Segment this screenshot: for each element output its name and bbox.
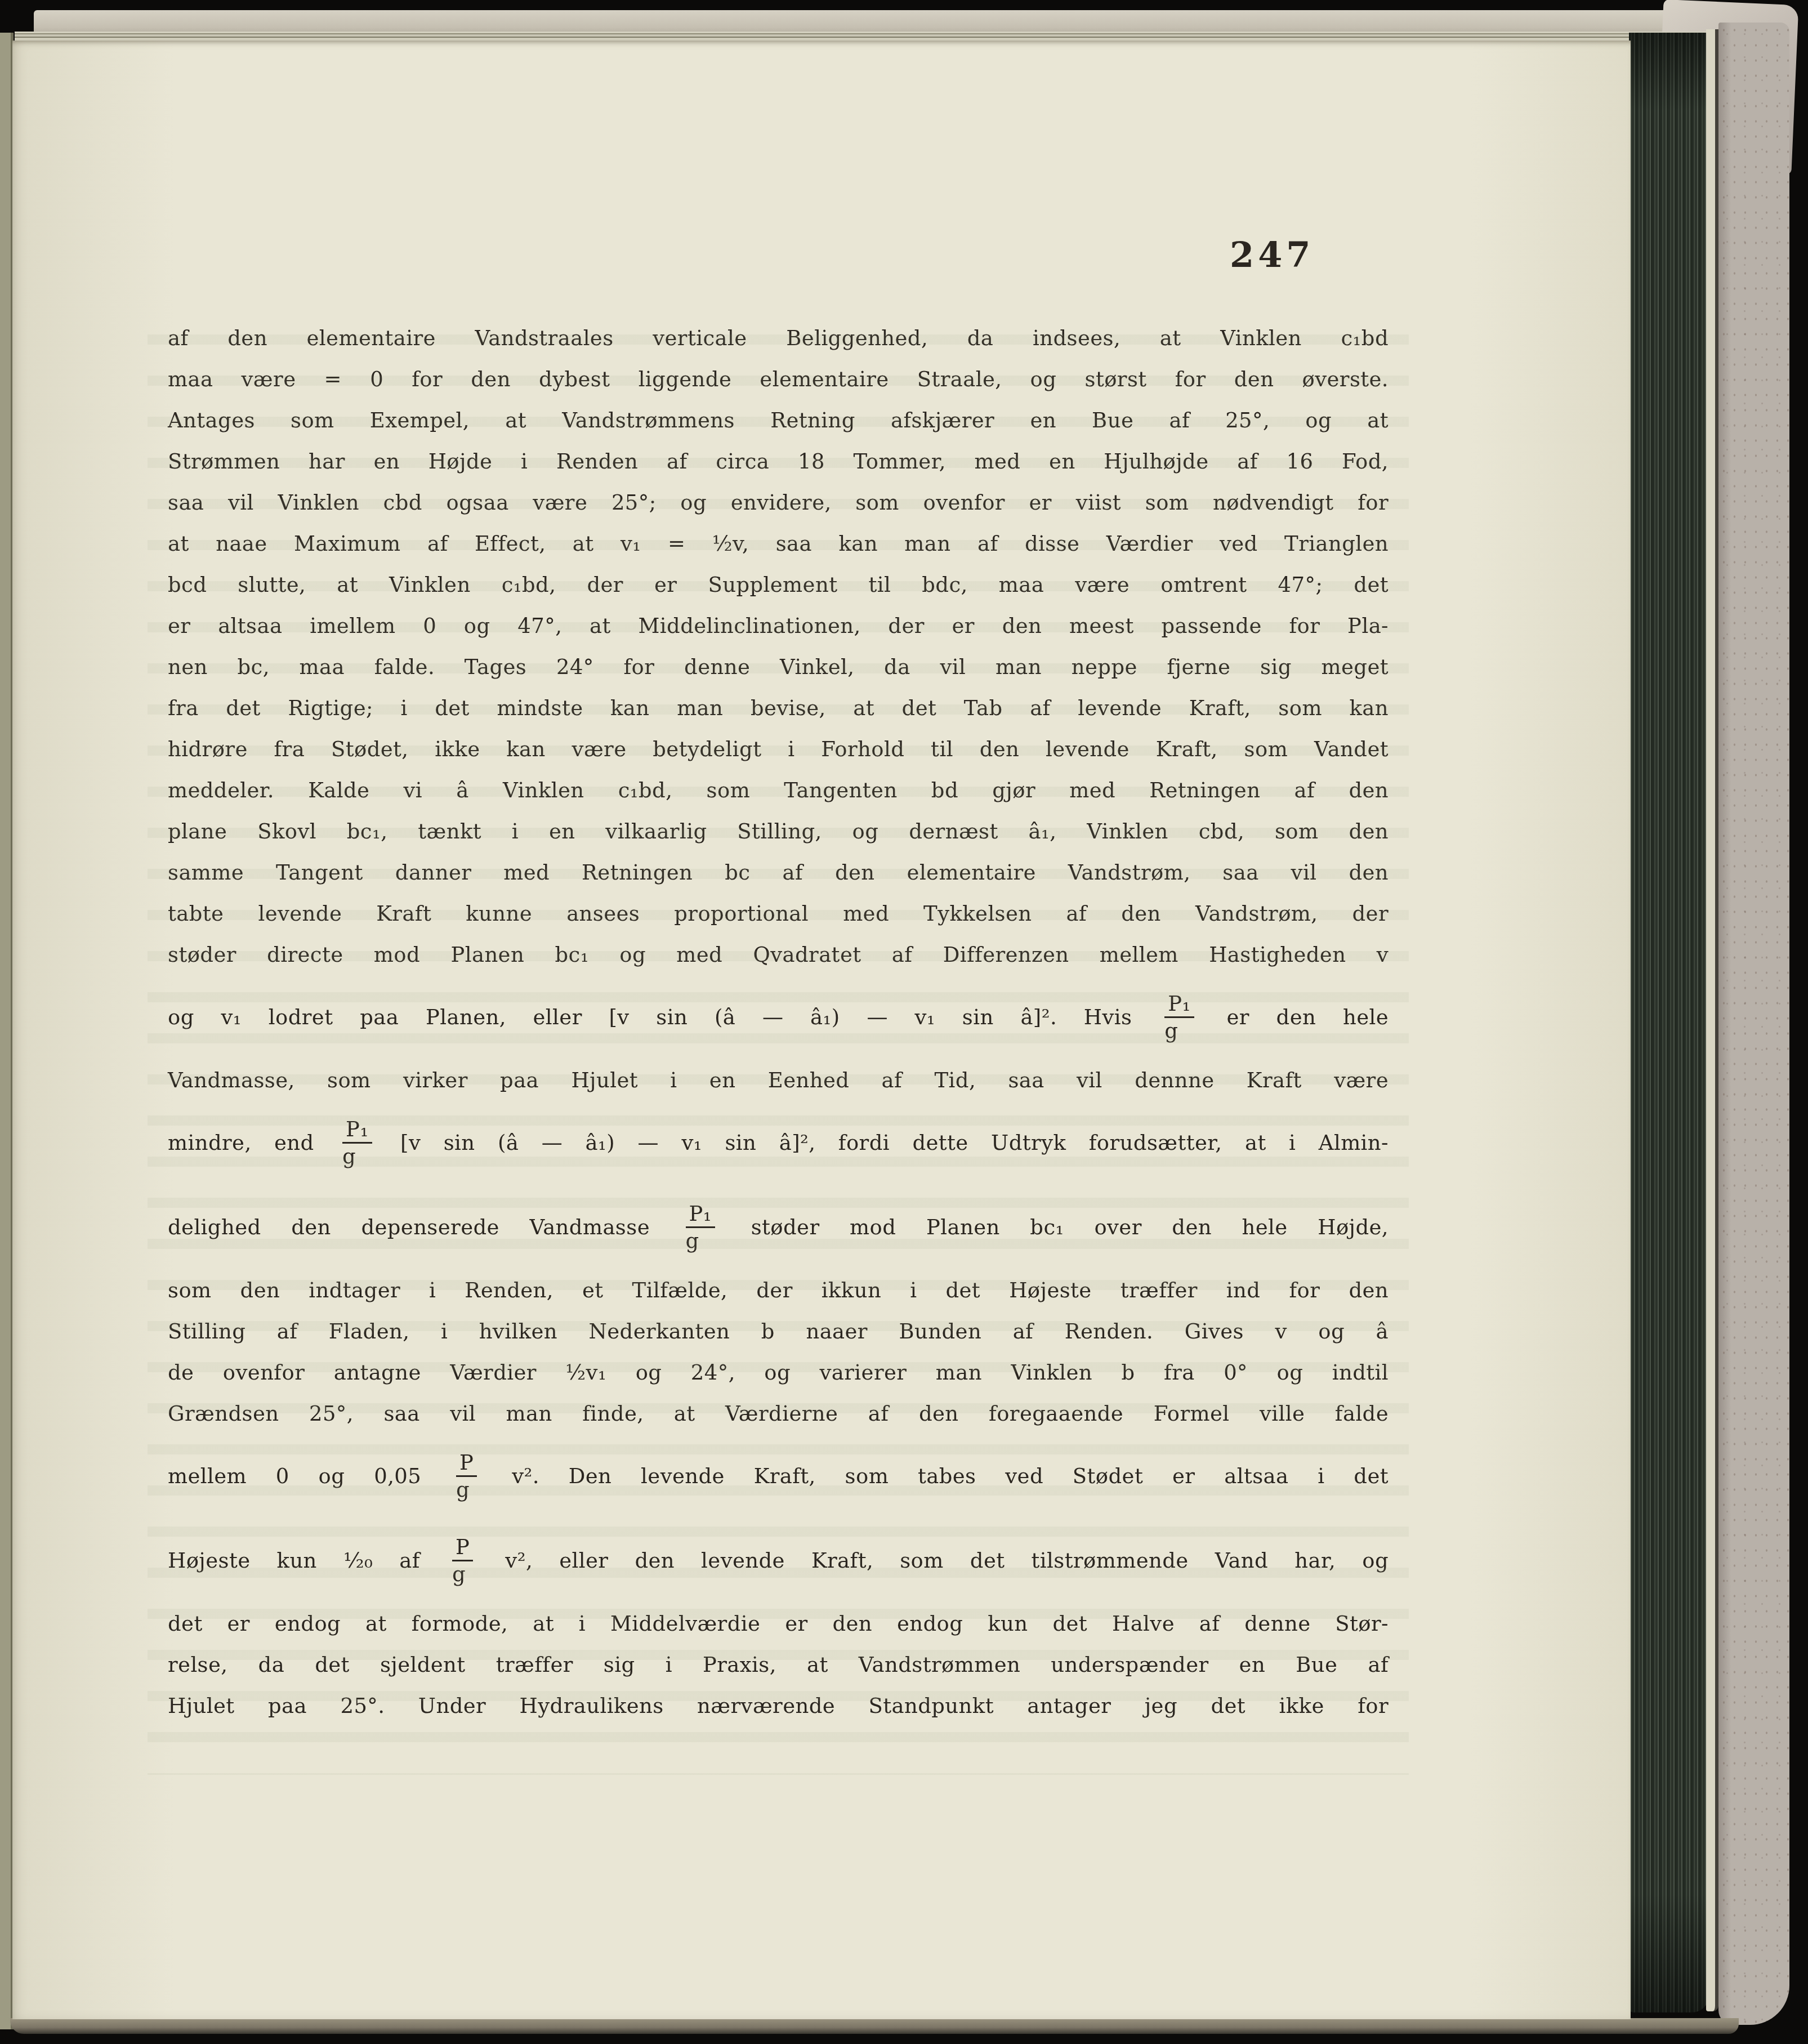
text-line: som den indtager i Renden, et Tilfælde, … (168, 1270, 1389, 1311)
page-stack-edge-left (0, 33, 14, 2029)
text-line: mellem 0 og 0,05 Pg v². Den levende Kraf… (168, 1434, 1389, 1519)
text-line: Strømmen har en Højde i Renden af circa … (168, 441, 1389, 482)
stacked-fraction: P₁g (686, 1203, 716, 1252)
text-line: af den elementaire Vandstraales vertical… (168, 318, 1389, 359)
text-line: samme Tangent danner med Retningen bc af… (168, 852, 1389, 893)
text-line: saa vil Vinklen cbd ogsaa være 25°; og e… (168, 482, 1389, 523)
text-line: nen bc, maa falde. Tages 24° for denne V… (168, 646, 1389, 688)
text-line: Grændsen 25°, saa vil man finde, at Værd… (168, 1393, 1389, 1434)
stacked-fraction: Pg (456, 1452, 477, 1501)
text-line: Højeste kun ¹⁄₂₀ af Pg v², eller den lev… (168, 1519, 1389, 1603)
text-line: de ovenfor antagne Værdier ½v₁ og 24°, o… (168, 1352, 1389, 1393)
fore-edge-highlight (1706, 29, 1718, 2011)
text-line: tabte levende Kraft kunne ansees proport… (168, 893, 1389, 934)
text-line: det er endog at formode, at i Middelværd… (168, 1603, 1389, 1644)
book-page: 247 af den elementaire Vandstraales vert… (12, 41, 1631, 2019)
text-line: fra det Rigtige; i det mindste kan man b… (168, 688, 1389, 729)
text-line: bcd slutte, at Vinklen c₁bd, der er Supp… (168, 564, 1389, 605)
book-bottom-edge (10, 2018, 1739, 2034)
stacked-fraction: P₁g (1164, 993, 1194, 1042)
text-line: at naae Maximum af Effect, at v₁ = ½v, s… (168, 523, 1389, 564)
text-line: mindre, end P₁g [v sin (â — â₁) — v₁ sin… (168, 1101, 1389, 1185)
text-line: er altsaa imellem 0 og 47°, at Middelinc… (168, 605, 1389, 646)
text-line: Antages som Exempel, at Vandstrømmens Re… (168, 400, 1389, 441)
text-line: Stilling af Fladen, i hvilken Nederkante… (168, 1311, 1389, 1352)
text-line: plane Skovl bc₁, tænkt i en vilkaarlig S… (168, 811, 1389, 852)
text-line: maa være = 0 for den dybest liggende ele… (168, 359, 1389, 400)
page-number: 247 (1230, 234, 1314, 275)
book-scan: 247 af den elementaire Vandstraales vert… (0, 0, 1808, 2044)
text-line: Hjulet paa 25°. Under Hydraulikens nærvæ… (168, 1685, 1389, 1726)
stacked-fraction: Pg (452, 1536, 473, 1585)
book-cover-edge-right (1718, 23, 1789, 2025)
page-stack-fore-edge (1629, 33, 1709, 2012)
text-line: meddeler. Kalde vi â Vinklen c₁bd, som T… (168, 770, 1389, 811)
text-line: og v₁ lodret paa Planen, eller [v sin (â… (168, 975, 1389, 1060)
text-line: Vandmasse, som virker paa Hjulet i en Ee… (168, 1060, 1389, 1101)
text-line: støder directe mod Planen bc₁ og med Qva… (168, 934, 1389, 975)
text-line: delighed den depenserede Vandmasse P₁g s… (168, 1185, 1389, 1270)
page-text-block: af den elementaire Vandstraales vertical… (168, 318, 1389, 1726)
text-line: hidrøre fra Stødet, ikke kan være betyde… (168, 729, 1389, 770)
stacked-fraction: P₁g (342, 1118, 372, 1167)
text-line: relse, da det sjeldent træffer sig i Pra… (168, 1644, 1389, 1685)
